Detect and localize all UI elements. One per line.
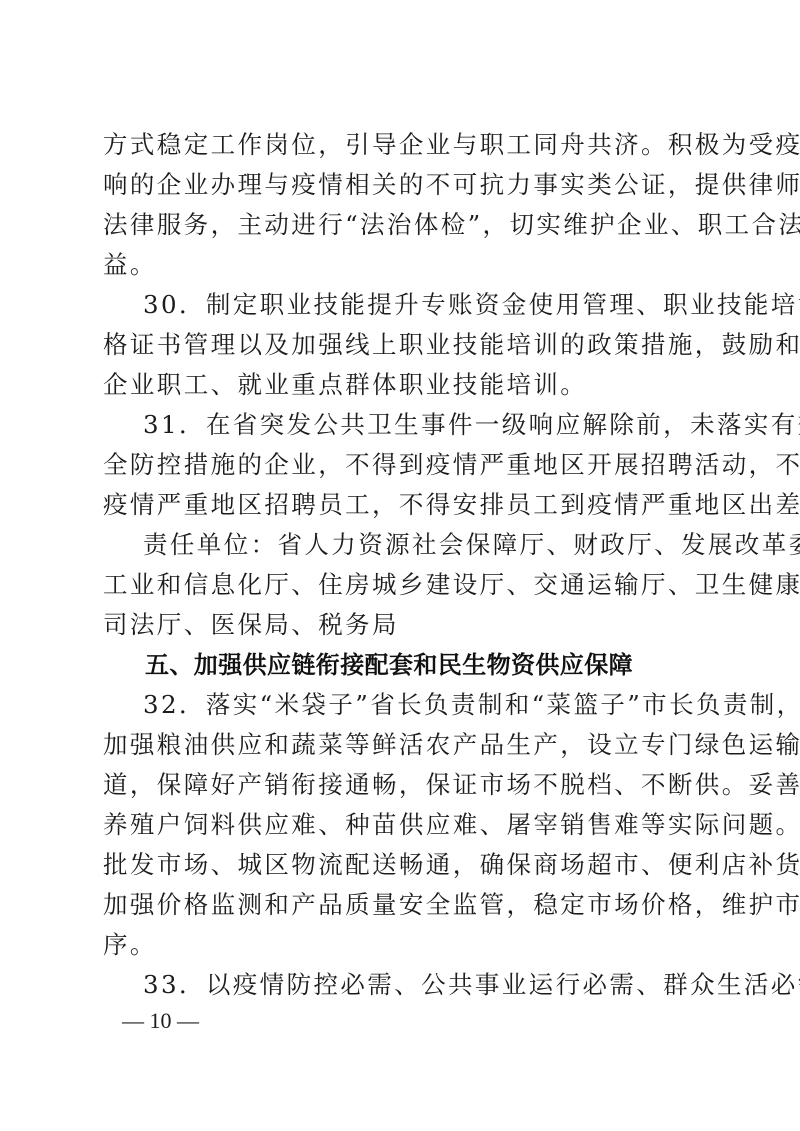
document-page: 方式稳定工作岗位，引导企业与职工同舟共济。积极为受疫情影 响的企业办理与疫情相关… xyxy=(0,0,800,1131)
item-31-line-1: 31．在省突发公共卫生事件一级响应解除前，未落实有效安 xyxy=(103,405,703,445)
item-32-line-3: 道，保障好产销衔接通畅，保证市场不脱档、不断供。妥善解决 xyxy=(103,765,703,805)
item-31-line-3: 疫情严重地区招聘员工，不得安排员工到疫情严重地区出差。 xyxy=(103,485,703,525)
document-body: 方式稳定工作岗位，引导企业与职工同舟共济。积极为受疫情影 响的企业办理与疫情相关… xyxy=(103,125,703,1005)
continuation-paragraph-line-1: 方式稳定工作岗位，引导企业与职工同舟共济。积极为受疫情影 xyxy=(103,125,703,165)
responsible-units-line-1: 责任单位：省人力资源社会保障厅、财政厅、发展改革委、 xyxy=(103,525,703,565)
section-five-heading: 五、加强供应链衔接配套和民生物资供应保障 xyxy=(103,645,703,685)
item-30-line-2: 格证书管理以及加强线上职业技能培训的政策措施，鼓励和支持 xyxy=(103,325,703,365)
continuation-paragraph-line-3: 法律服务，主动进行“法治体检”，切实维护企业、职工合法权 xyxy=(103,205,703,245)
item-32-line-7: 序。 xyxy=(103,925,703,965)
item-33-line-1: 33．以疫情防控必需、公共事业运行必需、群众生活必需、 xyxy=(103,965,703,1005)
item-32-line-4: 养殖户饲料供应难、种苗供应难、屠宰销售难等实际问题。保障 xyxy=(103,805,703,845)
item-31-line-2: 全防控措施的企业，不得到疫情严重地区开展招聘活动，不得从 xyxy=(103,445,703,485)
continuation-paragraph-line-2: 响的企业办理与疫情相关的不可抗力事实类公证，提供律师公益 xyxy=(103,165,703,205)
item-32-line-2: 加强粮油供应和蔬菜等鲜活农产品生产，设立专门绿色运输通 xyxy=(103,725,703,765)
item-30-line-3: 企业职工、就业重点群体职业技能培训。 xyxy=(103,365,703,405)
responsible-units-line-3: 司法厅、医保局、税务局 xyxy=(103,605,703,645)
responsible-units-line-2: 工业和信息化厅、住房城乡建设厅、交通运输厅、卫生健康委、 xyxy=(103,565,703,605)
page-number: — 10 — xyxy=(122,1006,199,1036)
item-32-line-1: 32．落实“米袋子”省长负责制和“菜篮子”市长负责制， xyxy=(103,685,703,725)
item-32-line-6: 加强价格监测和产品质量安全监管，稳定市场价格，维护市场秩 xyxy=(103,885,703,925)
item-30-line-1: 30．制定职业技能提升专账资金使用管理、职业技能培训合 xyxy=(103,285,703,325)
item-32-line-5: 批发市场、城区物流配送畅通，确保商场超市、便利店补货及时， xyxy=(103,845,703,885)
continuation-paragraph-line-4: 益。 xyxy=(103,245,703,285)
